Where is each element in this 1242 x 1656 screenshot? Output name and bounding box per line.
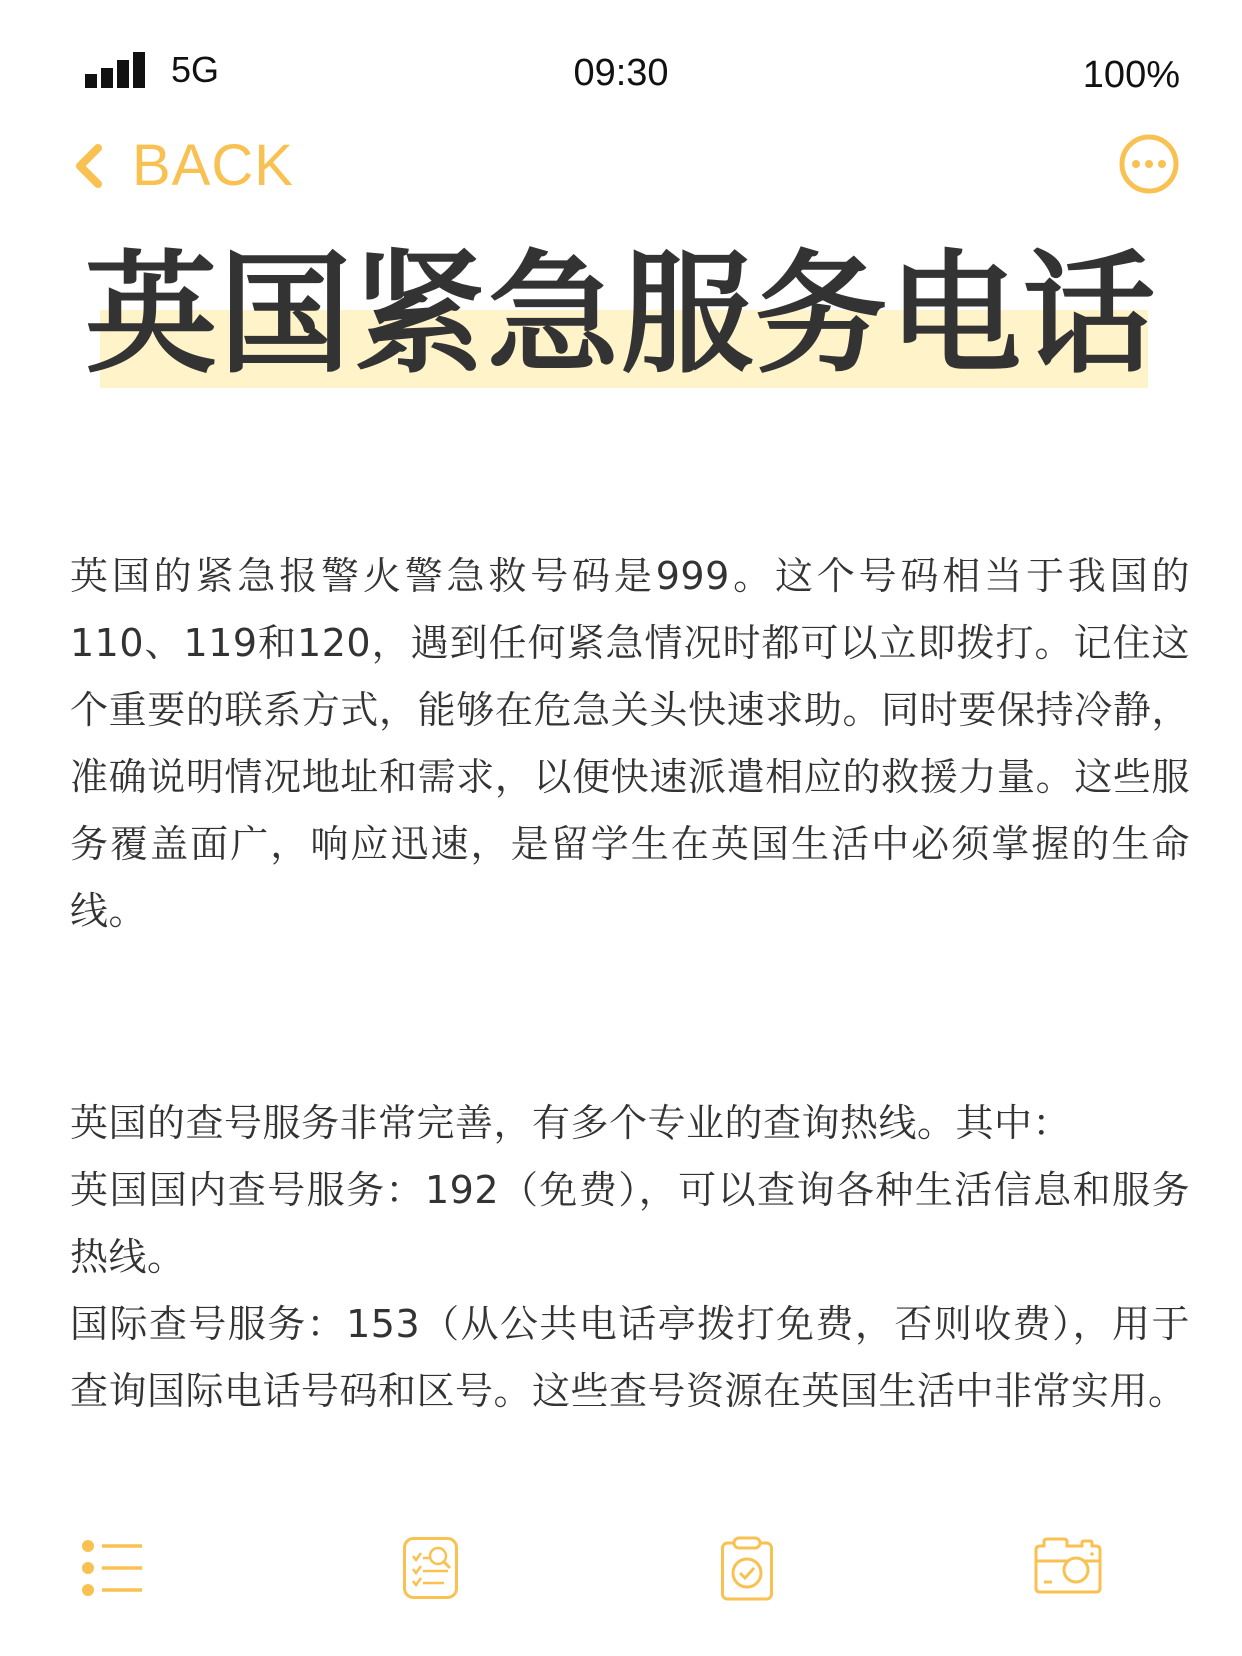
back-label: BACK <box>132 134 294 198</box>
paragraph-intro: 英国的查号服务非常完善，有多个专业的查询热线。其中： <box>70 1090 1190 1157</box>
page-title-block: 英国紧急服务电话 <box>0 230 1242 400</box>
page-title: 英国紧急服务电话 <box>0 240 1242 390</box>
paragraph-international-enquiry: 国际查号服务：153（从公共电话亭拨打免费，否则收费），用于查询国际电话号码和区… <box>70 1291 1190 1425</box>
paragraph-emergency-number: 英国的紧急报警火警急救号码是999。这个号码相当于我国的110、119和120，… <box>70 543 1190 945</box>
nav-bar: BACK <box>0 120 1242 210</box>
checklist-search-button[interactable] <box>402 1536 460 1600</box>
status-time: 09:30 <box>0 52 1242 94</box>
battery-level: 100% <box>1083 54 1180 96</box>
camera-icon <box>1032 1536 1104 1596</box>
list-button[interactable] <box>80 1536 144 1600</box>
camera-button[interactable] <box>1032 1536 1104 1596</box>
paragraph-text: 英国的紧急报警火警急救号码是999。这个号码相当于我国的110、119和120，… <box>70 543 1190 945</box>
paragraph-directory-enquiries: 英国的查号服务非常完善，有多个专业的查询热线。其中： 英国国内查号服务：192（… <box>70 1090 1190 1425</box>
checklist-search-icon <box>402 1536 460 1600</box>
bottom-toolbar <box>0 1530 1242 1630</box>
paragraph-domestic-enquiry: 英国国内查号服务：192（免费），可以查询各种生活信息和服务热线。 <box>70 1157 1190 1291</box>
more-horizontal-circle-icon <box>1118 180 1180 199</box>
back-button[interactable]: BACK <box>74 134 294 198</box>
more-options-button[interactable] <box>1118 133 1180 195</box>
status-bar: 5G 09:30 100% <box>0 0 1242 110</box>
list-icon <box>80 1536 144 1600</box>
clipboard-check-icon <box>720 1536 774 1602</box>
chevron-left-icon <box>74 144 102 188</box>
clipboard-check-button[interactable] <box>720 1536 774 1602</box>
